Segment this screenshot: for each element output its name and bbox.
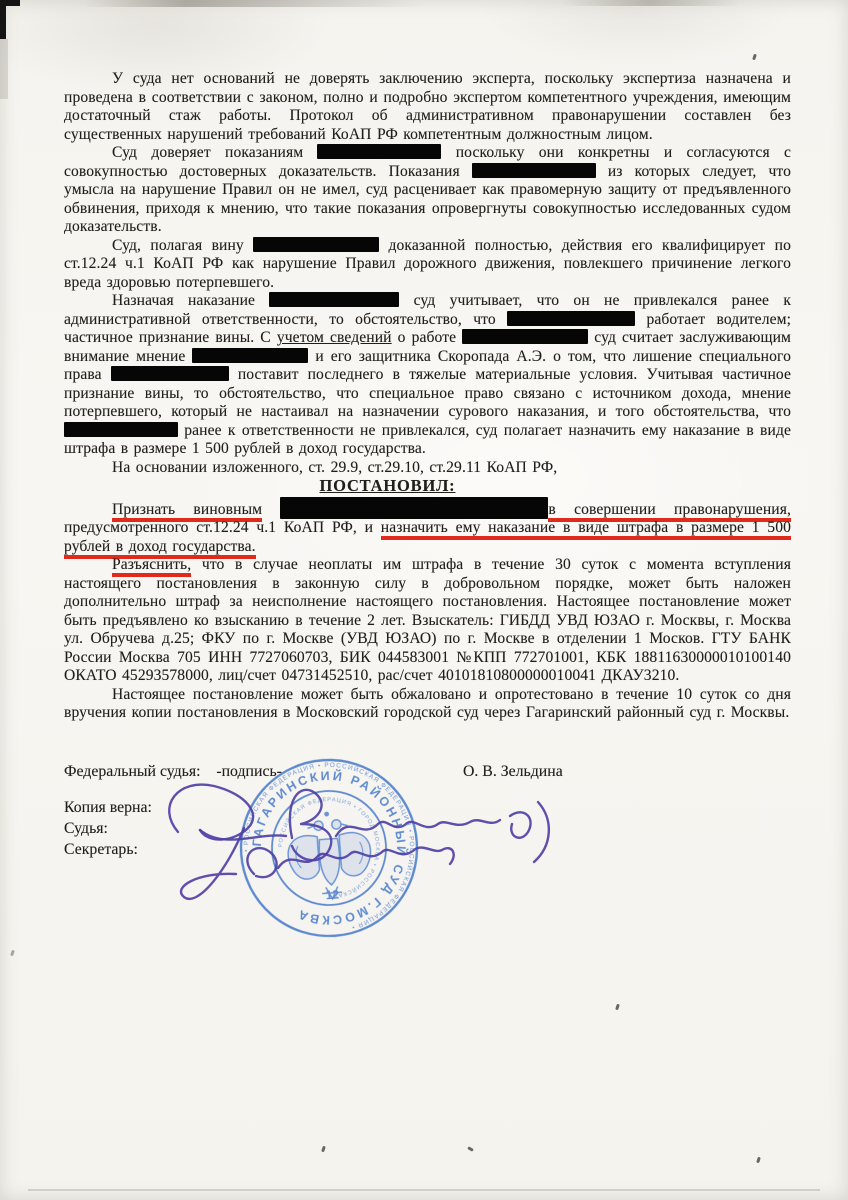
scanned-court-document: У суда нет оснований не доверять заключе… bbox=[0, 0, 848, 1200]
paragraph-fine-explanation: Разъяснить, что в случае неоплаты им штр… bbox=[64, 556, 791, 686]
resolution-heading-text: ПОСТАНОВИЛ: bbox=[320, 476, 456, 495]
redaction-box bbox=[192, 348, 308, 363]
redaction-box bbox=[280, 497, 548, 519]
copy-true-label: Копия верна: bbox=[64, 799, 152, 817]
redaction-box bbox=[462, 329, 588, 344]
scan-corner-artifact bbox=[0, 0, 20, 6]
text-segment: На основании изложенного, ст. 29.9, ст.2… bbox=[112, 459, 557, 476]
redaction-box bbox=[111, 366, 229, 381]
text-segment: Назначая наказание bbox=[112, 292, 269, 309]
stamp-signature-overlay: • РОССИЙСКАЯ ФЕДЕРАЦИЯ • РОССИЙСКАЯ ФЕДЕ… bbox=[140, 740, 560, 955]
redaction-box bbox=[269, 292, 399, 307]
scan-speck bbox=[752, 54, 757, 61]
text-segment bbox=[262, 501, 280, 518]
redaction-box bbox=[317, 144, 441, 159]
scan-smudge bbox=[84, 0, 424, 7]
secretary-label: Секретарь: bbox=[64, 841, 138, 859]
document-body: У суда нет оснований не доверять заключе… bbox=[64, 70, 791, 723]
scan-speck bbox=[615, 1004, 620, 1011]
redaction-box bbox=[507, 311, 635, 326]
text-segment: Настоящее постановление может быть обжал… bbox=[64, 686, 791, 722]
redaction-box bbox=[253, 237, 379, 252]
paragraph-verdict: Признать виновным в совершении правонару… bbox=[64, 497, 791, 557]
scan-bottom-edge bbox=[28, 1189, 820, 1191]
scan-speck bbox=[467, 1146, 474, 1152]
text-segment: Суд, полагая вину bbox=[112, 237, 253, 254]
underlined-text: учетом сведений bbox=[277, 329, 392, 346]
stamp-number: 12 bbox=[325, 887, 340, 902]
text-segment: о работе bbox=[392, 329, 463, 346]
redaction-box bbox=[64, 422, 178, 437]
paragraph-appeal: Настоящее постановление может быть обжал… bbox=[64, 686, 791, 723]
judge-line-label: Судья: bbox=[64, 820, 108, 838]
paragraph-qualification: Суд, полагая вину доказанной полностью, … bbox=[64, 237, 791, 293]
paragraph-legal-basis: На основании изложенного, ст. 29.9, ст.2… bbox=[64, 459, 791, 478]
text-segment: что в случае неоплаты им штрафа в течени… bbox=[64, 556, 791, 684]
scan-speck bbox=[756, 1157, 761, 1164]
scan-edge-shadow bbox=[0, 39, 8, 99]
text-segment: Суд доверяет показаниям bbox=[112, 144, 317, 161]
text-segment: предусмотренного ст.12.24 ч.1 КоАП РФ, и bbox=[64, 519, 381, 536]
scan-speck bbox=[10, 950, 15, 957]
scan-smudge bbox=[560, 0, 740, 6]
paragraph-expert-opinion: У суда нет оснований не доверять заключе… bbox=[64, 70, 791, 144]
text-segment: У суда нет оснований не доверять заключе… bbox=[64, 70, 791, 143]
redaction-box bbox=[472, 163, 596, 178]
paragraph-testimony: Суд доверяет показаниям поскольку они ко… bbox=[64, 144, 791, 237]
paragraph-punishment-reasoning: Назначая наказание суд учитывает, что он… bbox=[64, 292, 791, 459]
resolution-heading: ПОСТАНОВИЛ: bbox=[24, 477, 751, 497]
scan-speck bbox=[321, 1146, 326, 1153]
